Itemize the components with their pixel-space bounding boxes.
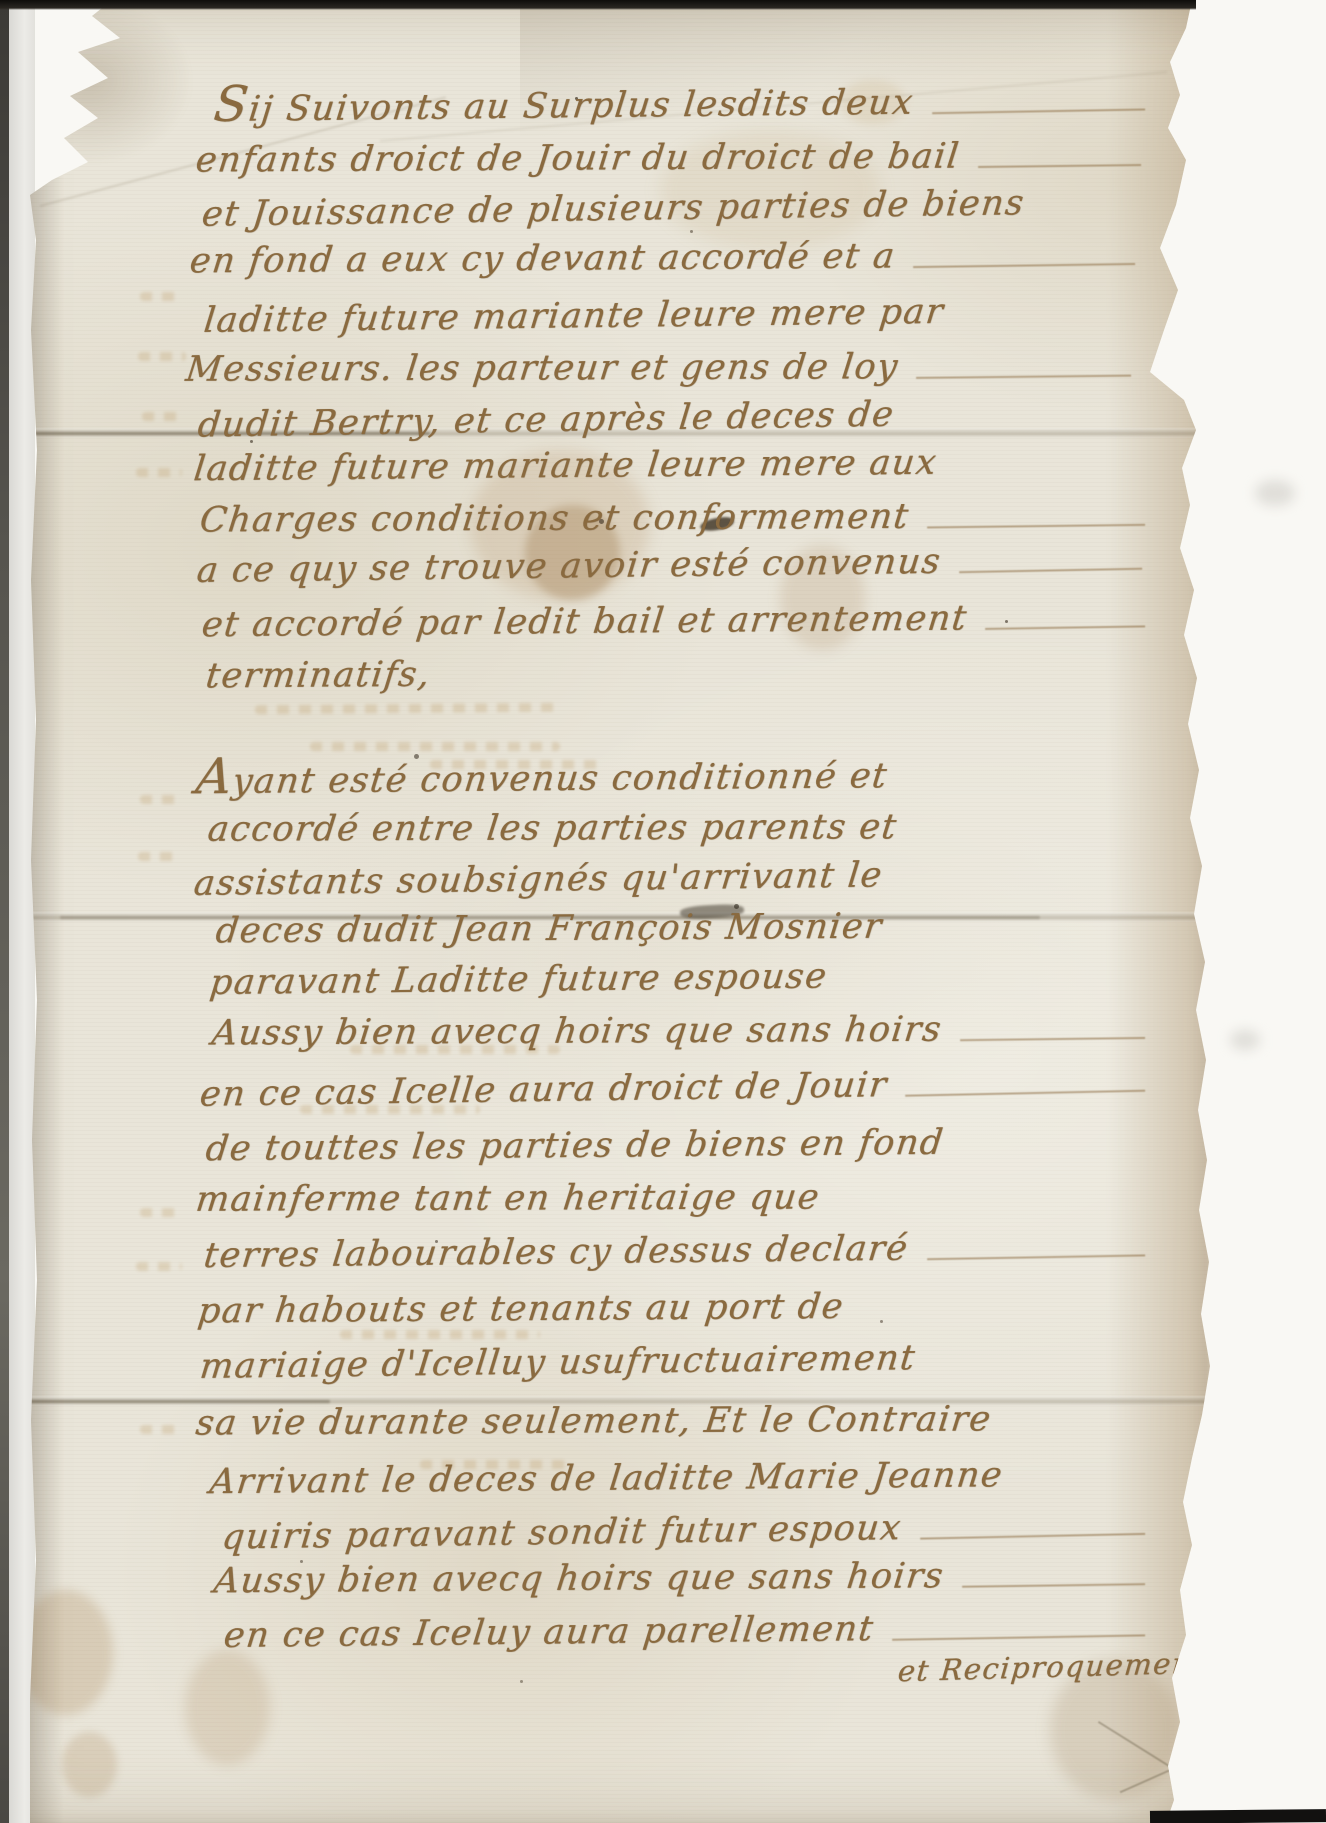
- manuscript-line-text: Arrivant le deces de laditte Marie Jeann…: [207, 1452, 1005, 1505]
- manuscript-line-text: et Jouissance de plusieurs parties de bi…: [200, 180, 1028, 238]
- crease-smudge: [680, 903, 745, 919]
- manuscript-line: enfants droict de Jouir du droict de bai…: [196, 130, 1161, 183]
- line-filler-stroke: [905, 1076, 1145, 1097]
- manuscript-line: sa vie durante seulement, Et le Contrair…: [196, 1393, 1161, 1446]
- manuscript-line-text: de touttes les parties de biens en fond: [203, 1120, 946, 1172]
- line-filler-stroke: [913, 249, 1135, 268]
- scanner-background-strip: [9, 0, 35, 1823]
- line-filler-stroke: [985, 611, 1145, 630]
- bleedthrough-mark: [140, 1425, 180, 1434]
- bleedthrough-mark: [350, 1045, 560, 1054]
- manuscript-line-text: enfants droict de Jouir du droict de bai…: [193, 134, 962, 184]
- manuscript-line-text: Aussy bien avecq hoirs que sans hoirs: [209, 1007, 944, 1057]
- manuscript-line-text: terres labourables cy dessus declaré: [201, 1226, 911, 1279]
- manuscript-line-text: Charges conditions et conformement: [197, 494, 912, 544]
- manuscript-line-text: dudit Bertry, et ce après le deces de: [196, 392, 897, 449]
- manuscript-line: Sij Suivonts au Surplus lesdits deux: [214, 75, 1165, 133]
- manuscript-line-text: a ce quy se trouve avoir esté convenus: [195, 539, 944, 594]
- bleedthrough-mark: [340, 1330, 540, 1339]
- manuscript-line: en ce cas Icelle aura droict de Jouir: [200, 1056, 1166, 1117]
- manuscript-line-text: Messieurs. les parteur et gens de loy: [183, 344, 901, 393]
- bleedthrough-mark: [430, 760, 600, 769]
- manuscript-line-text: laditte future mariante leure mere par: [202, 289, 947, 344]
- bleedthrough-mark: [310, 742, 560, 751]
- bleedthrough-mark: [255, 703, 555, 715]
- scanned-document: { "document": { "kind": "handwritten man…: [0, 0, 1326, 1823]
- scanner-lid-gap: [0, 0, 1196, 10]
- diagonal-crease: [380, 71, 1167, 142]
- manuscript-line-text: deces dudit Jean François Mosnier: [213, 904, 885, 955]
- manuscript-line: laditte future mariante leure mere par: [204, 284, 1166, 344]
- manuscript-line-text: accordé entre les parties parents et: [205, 804, 900, 852]
- manuscript-line: terminatifs,: [206, 645, 1165, 700]
- line-filler-stroke: [932, 94, 1145, 114]
- bleedthrough-mark: [136, 468, 182, 477]
- manuscript-line: Ayant esté convenus conditionné et: [196, 749, 1161, 805]
- fold-shading: [520, 6, 1200, 136]
- manuscript-line: assistants soubsignés qu'arrivant le: [194, 847, 1160, 907]
- manuscript-line-text: paravant Laditte future espouse: [207, 954, 830, 1007]
- manuscript-line: Aussy bien avecq hoirs que sans hoirs: [214, 1550, 1165, 1605]
- line-filler-stroke: [920, 1519, 1146, 1540]
- handwriting-layer: et Reciproquement Sij Suivonts au Surplu…: [0, 0, 1326, 1823]
- bleedthrough-mark: [140, 795, 180, 804]
- manuscript-line-text: Sij Suivonts au Surplus lesdits deux: [211, 75, 917, 133]
- manuscript-line-text: terminatifs,: [203, 652, 433, 700]
- stain: [62, 1732, 117, 1797]
- manuscript-line-text: laditte future mariante leure mere aux: [191, 440, 939, 493]
- manuscript-line: paravant Laditte future espouse: [210, 948, 1165, 1006]
- bleedthrough-mark: [142, 412, 180, 421]
- fold-crease: [28, 428, 1208, 438]
- bleedthrough-mark: [138, 352, 186, 361]
- fold-crease: [60, 916, 1040, 919]
- manuscript-line-text: et accordé par ledit bail et arrentement: [199, 595, 970, 648]
- bleedthrough-mark: [420, 1460, 570, 1469]
- manuscript-line: deces dudit Jean François Mosnier: [216, 900, 1165, 955]
- manuscript-line-text: en ce cas Icelle aura droict de Jouir: [198, 1062, 890, 1118]
- line-filler-stroke: [927, 510, 1145, 529]
- manuscript-line: en ce cas Iceluy aura parellement: [224, 1601, 1165, 1659]
- bleedthrough-mark: [300, 1105, 480, 1114]
- manuscript-line-text: par habouts et tenants au port de: [195, 1284, 846, 1335]
- stain: [525, 505, 620, 600]
- fold-crease: [28, 912, 1208, 922]
- manuscript-line-text: assistants soubsignés qu'arrivant le: [192, 852, 886, 906]
- manuscript-line: et accordé par ledit bail et arrentement: [202, 592, 1165, 648]
- stain: [660, 130, 880, 250]
- line-filler-stroke: [960, 1023, 1145, 1041]
- manuscript-line: en fond a eux cy devant accordé et a: [190, 230, 1155, 285]
- manuscript-line: par habouts et tenants au port de: [198, 1280, 1163, 1335]
- stain: [185, 1650, 270, 1765]
- manuscript-page: et Reciproquement Sij Suivonts au Surplu…: [0, 0, 1326, 1823]
- manuscript-line-text: en fond a eux cy devant accordé et a: [187, 233, 898, 284]
- manuscript-line: terres labourables cy dessus declaré: [204, 1221, 1165, 1279]
- manuscript-line-text: en ce cas Iceluy aura parellement: [221, 1606, 876, 1659]
- manuscript-line: a ce quy se trouve avoir esté convenus: [197, 534, 1163, 594]
- fold-crease: [30, 432, 430, 435]
- diagonal-crease: [40, 96, 446, 207]
- manuscript-line: Aussy bien avecq hoirs que sans hoirs: [212, 1004, 1165, 1057]
- catchword-text: et Reciproquement: [896, 1640, 1208, 1695]
- fold-crease: [28, 1396, 1208, 1406]
- manuscript-line: Arrivant le deces de laditte Marie Jeann…: [210, 1449, 1165, 1505]
- manuscript-line: accordé entre les parties parents et: [208, 801, 1165, 852]
- manuscript-line: dudit Bertry, et ce après le deces de: [198, 385, 1164, 448]
- fold-crease: [30, 1400, 330, 1403]
- manuscript-line: Charges conditions et conformement: [200, 490, 1165, 543]
- ink-blot: [699, 516, 734, 533]
- bleedthrough-mark: [140, 292, 182, 301]
- torn-corner: [28, 0, 228, 230]
- manuscript-line: laditte future mariante leure mere aux: [194, 436, 1159, 492]
- manuscript-line-text: Aussy bien avecq hoirs que sans hoirs: [211, 1553, 946, 1604]
- stain: [840, 80, 906, 124]
- manuscript-line: Messieurs. les parteur et gens de loy: [186, 341, 1151, 392]
- manuscript-line-text: quiris paravant sondit futur espoux: [220, 1505, 905, 1561]
- stain: [1050, 1660, 1180, 1800]
- bleedthrough-mark: [138, 852, 182, 861]
- line-filler-stroke: [892, 1620, 1145, 1640]
- aged-edge-tint: [1108, 0, 1212, 1823]
- manuscript-line-text: mainferme tant en heritaige que: [193, 1174, 822, 1222]
- catchword-line: et Reciproquement: [897, 1638, 1198, 1694]
- manuscript-line-text: mariaige d'Icelluy usufructuairement: [198, 1335, 919, 1390]
- scanner-smudge: [1255, 480, 1295, 506]
- stain: [470, 450, 650, 600]
- scanner-corner-gap: [1150, 1809, 1326, 1823]
- bleedthrough-mark: [140, 1208, 180, 1217]
- manuscript-line: de touttes les parties de biens en fond: [206, 1116, 1165, 1172]
- line-filler-stroke: [978, 150, 1142, 168]
- manuscript-line: et Jouissance de plusieurs parties de bi…: [202, 176, 1166, 237]
- left-edge-shadow: [30, 0, 64, 1823]
- manuscript-line: mainferme tant en heritaige que: [196, 1171, 1161, 1222]
- scanner-edge-strip: [0, 0, 9, 1823]
- line-filler-stroke: [962, 1569, 1145, 1588]
- manuscript-line: mariaige d'Icelluy usufructuairement: [200, 1330, 1166, 1390]
- manuscript-line-text: Ayant esté convenus conditionné et: [193, 748, 891, 805]
- line-filler-stroke: [916, 361, 1131, 379]
- line-filler-stroke: [926, 1240, 1145, 1260]
- line-filler-stroke: [959, 554, 1142, 574]
- scanner-smudge: [1230, 1030, 1260, 1050]
- manuscript-line: quiris paravant sondit futur espoux: [222, 1499, 1166, 1560]
- manuscript-line-text: sa vie durante seulement, Et le Contrair…: [193, 1396, 994, 1446]
- bleedthrough-mark: [136, 1262, 182, 1271]
- stain: [780, 545, 865, 650]
